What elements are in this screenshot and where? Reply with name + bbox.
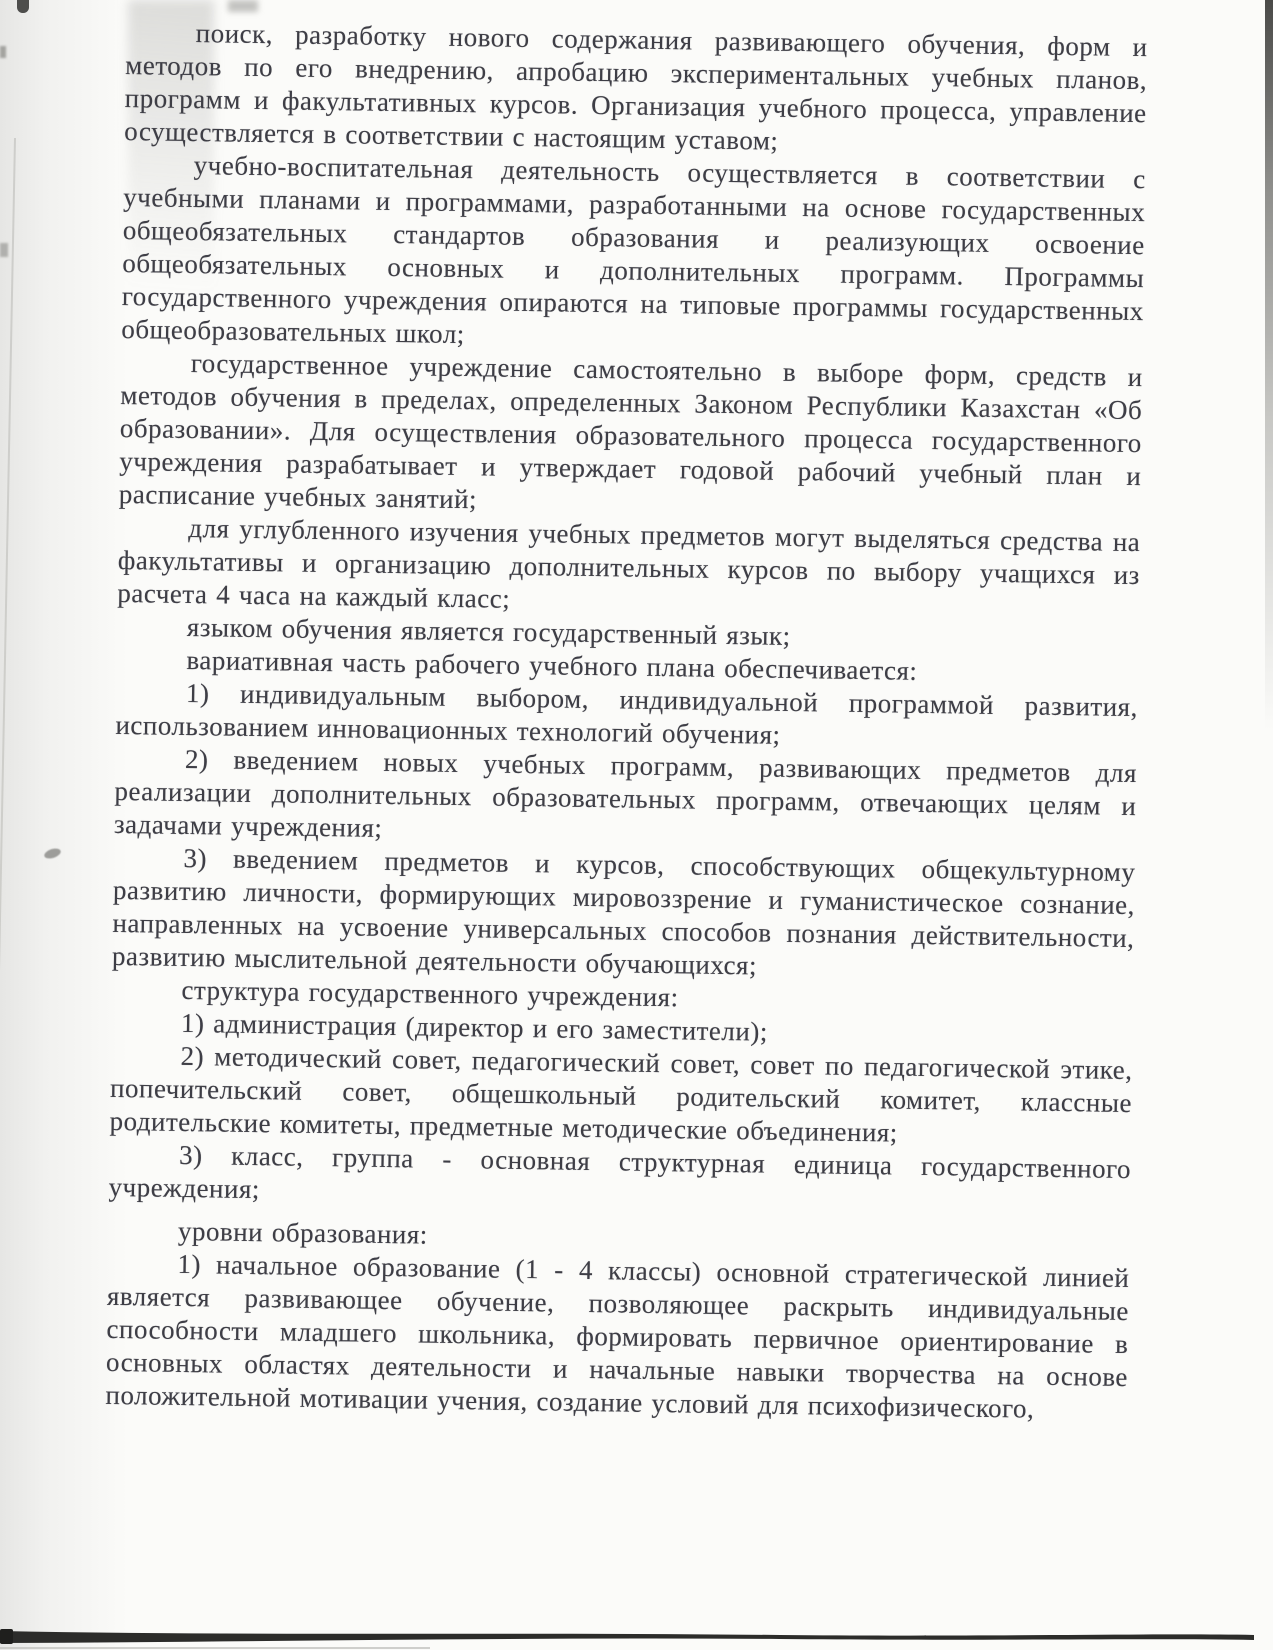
scan-mark-left-upper [0,46,6,58]
paragraph: 2) методический совет, педагогический со… [109,1039,1132,1153]
paragraph: государственное учреждение самостоятельн… [119,346,1143,526]
scan-right-edge-shadow [1265,0,1273,760]
paragraph: 3) введением предметов и курсов, способс… [112,841,1136,988]
paragraph: 2) введением новых учебных программ, раз… [114,742,1137,856]
paragraph: для углубленного изучения учебных предме… [117,511,1140,625]
paragraph: 3) класс, группа - основная структурная … [108,1138,1131,1219]
scan-mark-top-left [17,0,29,13]
scan-streak-top [228,0,258,12]
paragraph: учебно-воспитательная деятельность осуще… [121,148,1146,361]
paragraph: 1) начальное образование (1 - 4 классы) … [105,1247,1129,1427]
scanned-page: поиск, разработку нового содержания разв… [0,0,1273,1650]
scan-bottom-edge-blob [0,1629,13,1644]
document-text: поиск, разработку нового содержания разв… [105,16,1148,1427]
scan-mark-left-mid [0,243,8,257]
scan-bottom-faint-line [0,1647,430,1649]
paragraph: поиск, разработку нового содержания разв… [124,16,1148,163]
